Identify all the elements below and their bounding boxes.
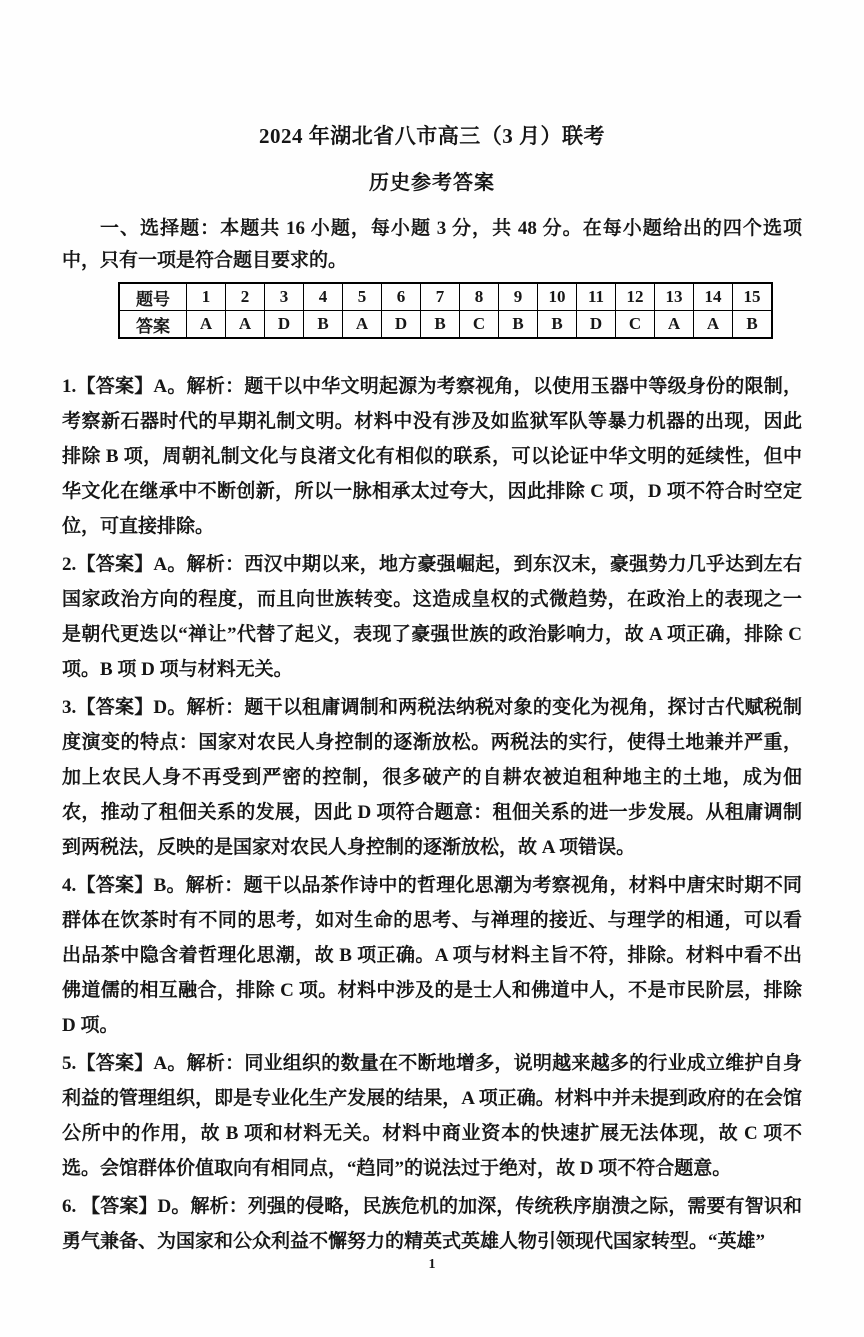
- section-intro: 一、选择题：本题共 16 小题，每小题 3 分，共 48 分。在每小题给出的四个…: [62, 213, 802, 277]
- explanation-paragraph-3: 3.【答案】D。解析：题干以租庸调制和两税法纳税对象的变化为视角，探讨古代赋税制…: [62, 690, 802, 865]
- table-cell: C: [460, 311, 499, 339]
- table-cell: 1: [187, 283, 226, 311]
- document-page: 2024 年湖北省八市高三（3 月）联考 历史参考答案 一、选择题：本题共 16…: [0, 0, 864, 1337]
- table-cell: A: [694, 311, 733, 339]
- table-cell-row-header: 题号: [119, 283, 187, 311]
- table-cell: 5: [343, 283, 382, 311]
- table-cell: A: [343, 311, 382, 339]
- document-subtitle: 历史参考答案: [62, 172, 802, 195]
- table-cell: B: [499, 311, 538, 339]
- table-cell: 9: [499, 283, 538, 311]
- table-cell: B: [733, 311, 773, 339]
- table-cell: 7: [421, 283, 460, 311]
- table-cell: 4: [304, 283, 343, 311]
- answer-key-table: 题号 1 2 3 4 5 6 7 8 9 10 11 12 13 14 15 答…: [118, 282, 773, 339]
- table-cell: A: [655, 311, 694, 339]
- table-cell: 10: [538, 283, 577, 311]
- table-cell: 2: [226, 283, 265, 311]
- explanation-paragraph-4: 4.【答案】B。解析：题干以品茶作诗中的哲理化思潮为考察视角，材料中唐宋时期不同…: [62, 868, 802, 1043]
- explanation-paragraph-2: 2.【答案】A。解析：西汉中期以来，地方豪强崛起，到东汉末，豪强势力几乎达到左右…: [62, 547, 802, 687]
- table-cell: 6: [382, 283, 421, 311]
- table-cell: D: [382, 311, 421, 339]
- explanation-paragraph-6: 6. 【答案】D。解析：列强的侵略，民族危机的加深，传统秩序崩溃之际，需要有智识…: [62, 1189, 802, 1259]
- document-title: 2024 年湖北省八市高三（3 月）联考: [62, 124, 802, 148]
- explanations-section: 1.【答案】A。解析：题干以中华文明起源为考察视角，以使用玉器中等级身份的限制，…: [62, 369, 802, 1259]
- table-cell: 11: [577, 283, 616, 311]
- table-cell: 13: [655, 283, 694, 311]
- table-cell: C: [616, 311, 655, 339]
- table-row-question-numbers: 题号 1 2 3 4 5 6 7 8 9 10 11 12 13 14 15: [119, 283, 772, 311]
- table-cell: D: [265, 311, 304, 339]
- table-row-answers: 答案 A A D B A D B C B B D C A A B: [119, 311, 772, 339]
- table-cell: D: [577, 311, 616, 339]
- table-cell: A: [187, 311, 226, 339]
- table-cell: 14: [694, 283, 733, 311]
- table-cell: B: [421, 311, 460, 339]
- explanation-paragraph-5: 5.【答案】A。解析：同业组织的数量在不断地增多，说明越来越多的行业成立维护自身…: [62, 1046, 802, 1186]
- table-cell: A: [226, 311, 265, 339]
- table-cell: 3: [265, 283, 304, 311]
- page-number: 1: [0, 1257, 864, 1273]
- table-cell-row-header: 答案: [119, 311, 187, 339]
- explanation-paragraph-1: 1.【答案】A。解析：题干以中华文明起源为考察视角，以使用玉器中等级身份的限制，…: [62, 369, 802, 544]
- table-cell: 12: [616, 283, 655, 311]
- table-cell: B: [304, 311, 343, 339]
- table-cell: B: [538, 311, 577, 339]
- table-cell: 15: [733, 283, 773, 311]
- table-cell: 8: [460, 283, 499, 311]
